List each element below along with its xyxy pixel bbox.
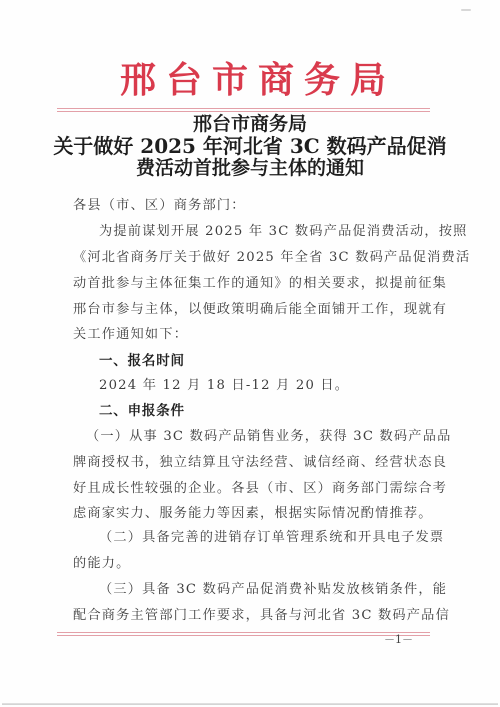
condition-1-line: 牌商授权书，独立结算且守法经营、诚信经商、经营状态良 [73, 453, 447, 473]
document-title-line-2: 费活动首批参与主体的通知 [0, 157, 500, 179]
condition-3-line: （三）具备 3C 数码产品促消费补贴发放核销条件，能 [99, 580, 447, 600]
intro-line: 《河北省商务厅关于做好 2025 年全省 3C 数码产品促消费活 [73, 248, 470, 268]
intro-line: 邢台市参与主体，以便政策明确后能全面铺开工作，现就有 [73, 300, 447, 320]
intro-line: 关工作通知如下： [73, 325, 188, 345]
letterhead-red-divider [57, 108, 430, 112]
condition-2-line: 的能力。 [73, 554, 131, 574]
registration-date-range: 2024 年 12 月 18 日-12 月 20 日。 [99, 376, 349, 396]
page-number: －1－ [384, 633, 413, 647]
document-page: 邢台市商务局 邢台市商务局 关于做好 2025 年河北省 3C 数码产品促消 费… [0, 0, 500, 707]
letterhead-org-name: 邢台市商务局 [0, 60, 500, 100]
scan-artifact [461, 9, 471, 11]
document-title-line-1: 关于做好 2025 年河北省 3C 数码产品促消 [0, 135, 500, 157]
page-edge-shadow [2, 703, 498, 705]
condition-1-line: （一）从事 3C 数码产品销售业务，获得 3C 数码产品品 [86, 427, 451, 447]
intro-line: 为提前谋划开展 2025 年 3C 数码产品促消费活动，按照 [99, 222, 468, 242]
section-heading-registration-time: 一、报名时间 [99, 351, 185, 371]
footer-red-divider [57, 632, 430, 636]
condition-1-line: 虑商家实力、服务能力等因素，根据实际情况酌情推荐。 [73, 504, 433, 524]
condition-2-line: （二）具备完善的进销存订单管理系统和开具电子发票 [99, 528, 444, 548]
intro-line: 动首批参与主体征集工作的通知》的相关要求，拟提前征集 [73, 274, 447, 294]
condition-1-line: 好且成长性较强的企业。各县（市、区）商务部门需综合考 [73, 479, 447, 499]
section-heading-application-conditions: 二、申报条件 [99, 401, 185, 421]
document-title-issuer: 邢台市商务局 [0, 113, 500, 135]
condition-3-line: 配合商务主管部门工作要求，具备与河北省 3C 数码产品信 [73, 606, 450, 626]
salutation: 各县（市、区）商务部门： [73, 196, 246, 216]
